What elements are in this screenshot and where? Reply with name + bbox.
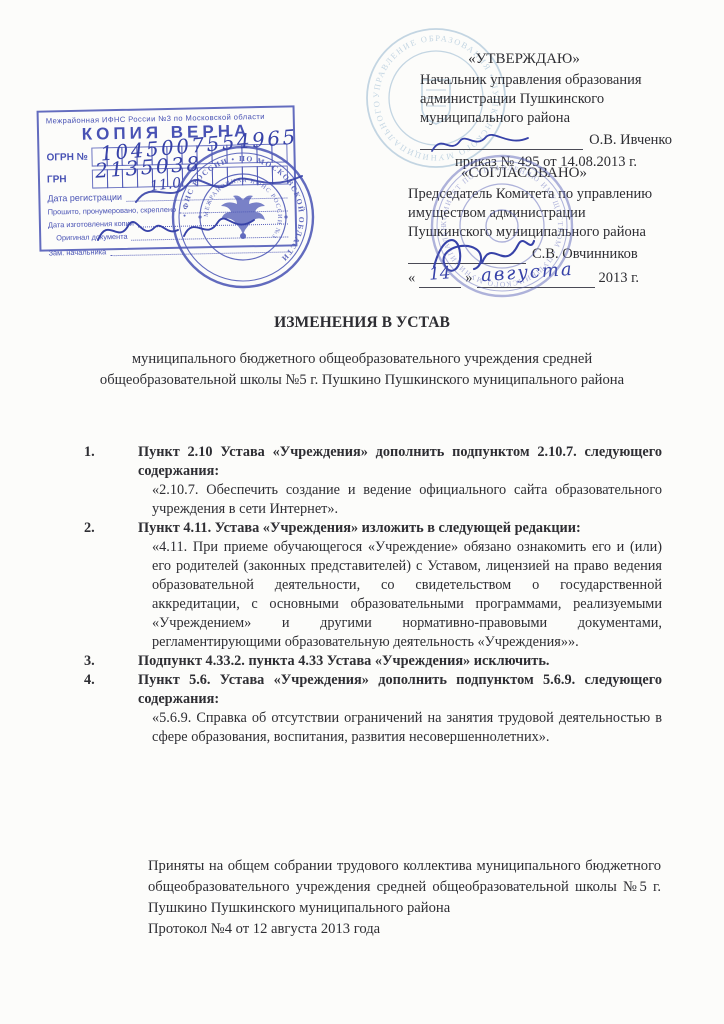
item-number: 3. — [84, 652, 95, 671]
approve-signature-icon — [428, 129, 532, 155]
ogrn-label: ОГРН № — [46, 152, 92, 164]
list-item: 2. Пункт 4.11. Устава «Учреждения» излож… — [84, 519, 662, 652]
handwritten-day: 14 — [429, 264, 452, 284]
document-subtitle: муниципального бюджетного общеобразовате… — [84, 349, 640, 391]
agree-line-2: имуществом администрации — [408, 204, 670, 223]
date-day-line: 14 — [419, 271, 461, 288]
agree-signature-line — [408, 249, 526, 264]
grn-label: ГРН — [47, 174, 93, 186]
approve-line-3: муниципального района — [420, 109, 672, 128]
item-number: 2. — [84, 519, 95, 538]
handwriting-scribble-icon — [130, 168, 310, 218]
approve-signature-line — [420, 135, 583, 150]
item-number: 4. — [84, 671, 95, 690]
handwritten-month: августа — [480, 260, 574, 285]
adoption-paragraph: Приняты на общем собрании трудового колл… — [148, 856, 661, 919]
approve-block: «УТВЕРЖДАЮ» Начальник управления образов… — [420, 50, 672, 172]
item-heading: Пункт 5.6. Устава «Учреждения» дополнить… — [138, 671, 662, 709]
approve-line-2: администрации Пушкинского — [420, 90, 672, 109]
document-title: ИЗМЕНЕНИЯ В УСТАВ — [62, 314, 662, 332]
agree-block: «СОГЛАСОВАНО» Председатель Комитета по у… — [408, 164, 670, 288]
agree-line-1: Председатель Комитета по управлению — [408, 185, 670, 204]
approve-signatory: О.В. Ивченко — [589, 131, 672, 150]
date-year: 2013 г. — [599, 269, 640, 288]
approve-label: «УТВЕРЖДАЮ» — [420, 50, 628, 69]
reg-date-label: Дата регистрации — [47, 192, 122, 204]
item-body: «2.10.7. Обеспечить создание и ведение о… — [152, 481, 662, 519]
quote-open: « — [408, 269, 415, 288]
item-heading: Пункт 4.11. Устава «Учреждения» изложить… — [138, 519, 662, 538]
item-body: «5.6.9. Справка об отсутствии ограничени… — [152, 709, 662, 747]
protocol-line: Протокол №4 от 12 августа 2013 года — [148, 919, 661, 940]
document-page: УПРАВЛЕНИЕ ОБРАЗОВАНИЯ • ПУШКИНСКОГО МУН… — [0, 0, 724, 1024]
item-number: 1. — [84, 443, 95, 462]
agree-label: «СОГЛАСОВАНО» — [408, 164, 640, 183]
item-heading: Подпункт 4.33.2. пункта 4.33 Устава «Учр… — [138, 652, 662, 671]
list-item: 4. Пункт 5.6. Устава «Учреждения» дополн… — [84, 671, 662, 747]
item-heading: Пункт 2.10 Устава «Учреждения» дополнить… — [138, 443, 662, 481]
item-body: «4.11. При приеме обучающегося «Учрежден… — [152, 538, 662, 652]
amendments-list: 1. Пункт 2.10 Устава «Учреждения» дополн… — [84, 443, 662, 747]
list-item: 3. Подпункт 4.33.2. пункта 4.33 Устава «… — [84, 652, 662, 671]
date-month-line: августа — [477, 271, 595, 288]
approve-signature-row: О.В. Ивченко — [420, 131, 672, 150]
approve-line-1: Начальник управления образования — [420, 71, 672, 90]
agree-date-row: « 14 » августа 2013 г. — [408, 269, 670, 288]
list-item: 1. Пункт 2.10 Устава «Учреждения» дополн… — [84, 443, 662, 519]
adoption-footer: Приняты на общем собрании трудового колл… — [148, 856, 661, 940]
